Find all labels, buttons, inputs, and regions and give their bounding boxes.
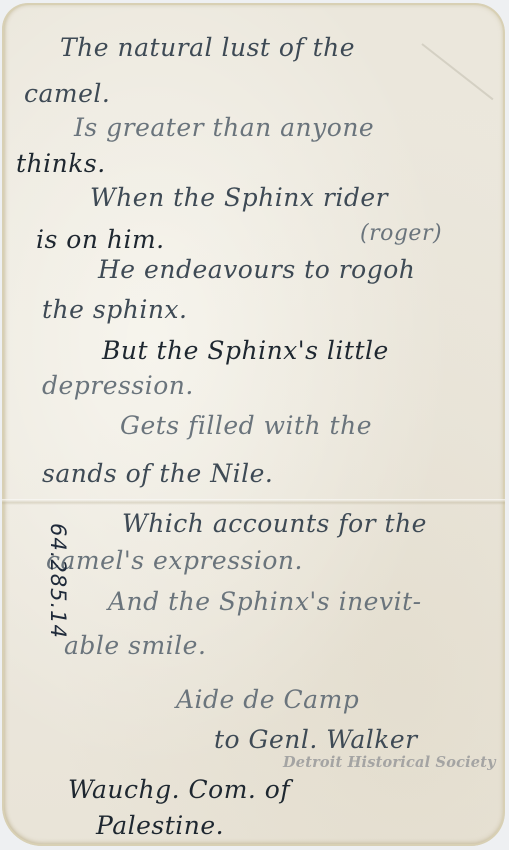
text-line: The natural lust of the [60, 35, 355, 60]
text-line: When the Sphinx rider [90, 185, 388, 210]
catalog-number: 64.285.14 [46, 523, 74, 693]
text-line: the sphinx. [42, 297, 187, 322]
text-line: thinks. [16, 151, 106, 176]
signature-line: Aide de Camp [176, 687, 359, 712]
catalog-number-text: 64.285.14 [46, 523, 70, 639]
text-line: He endeavours to rogoh [98, 257, 415, 282]
text-line: Is greater than anyone [74, 115, 374, 140]
text-line: Which accounts for the [122, 511, 427, 536]
text-line: And the Sphinx's inevit- [108, 589, 422, 614]
text-line: is on him. [36, 227, 165, 252]
corner-crease [421, 43, 493, 100]
text-line: camel. [24, 81, 110, 106]
text-line: camel's expression. [46, 548, 303, 573]
text-line: But the Sphinx's little [102, 338, 389, 363]
signature-line: to Genl. Walker [214, 727, 418, 752]
signature-line: Wauchg. Com. of [68, 777, 290, 802]
watermark: Detroit Historical Society [283, 754, 496, 771]
fold-crease [2, 499, 505, 505]
text-line: Gets filled with the [120, 413, 372, 438]
text-annotation: (roger) [360, 223, 442, 245]
text-line: able smile. [64, 633, 206, 658]
signature-line: Palestine. [96, 813, 224, 838]
text-line: sands of the Nile. [42, 461, 273, 486]
text-line: depression. [42, 373, 194, 398]
handwritten-card: The natural lust of the camel. Is greate… [2, 3, 505, 846]
